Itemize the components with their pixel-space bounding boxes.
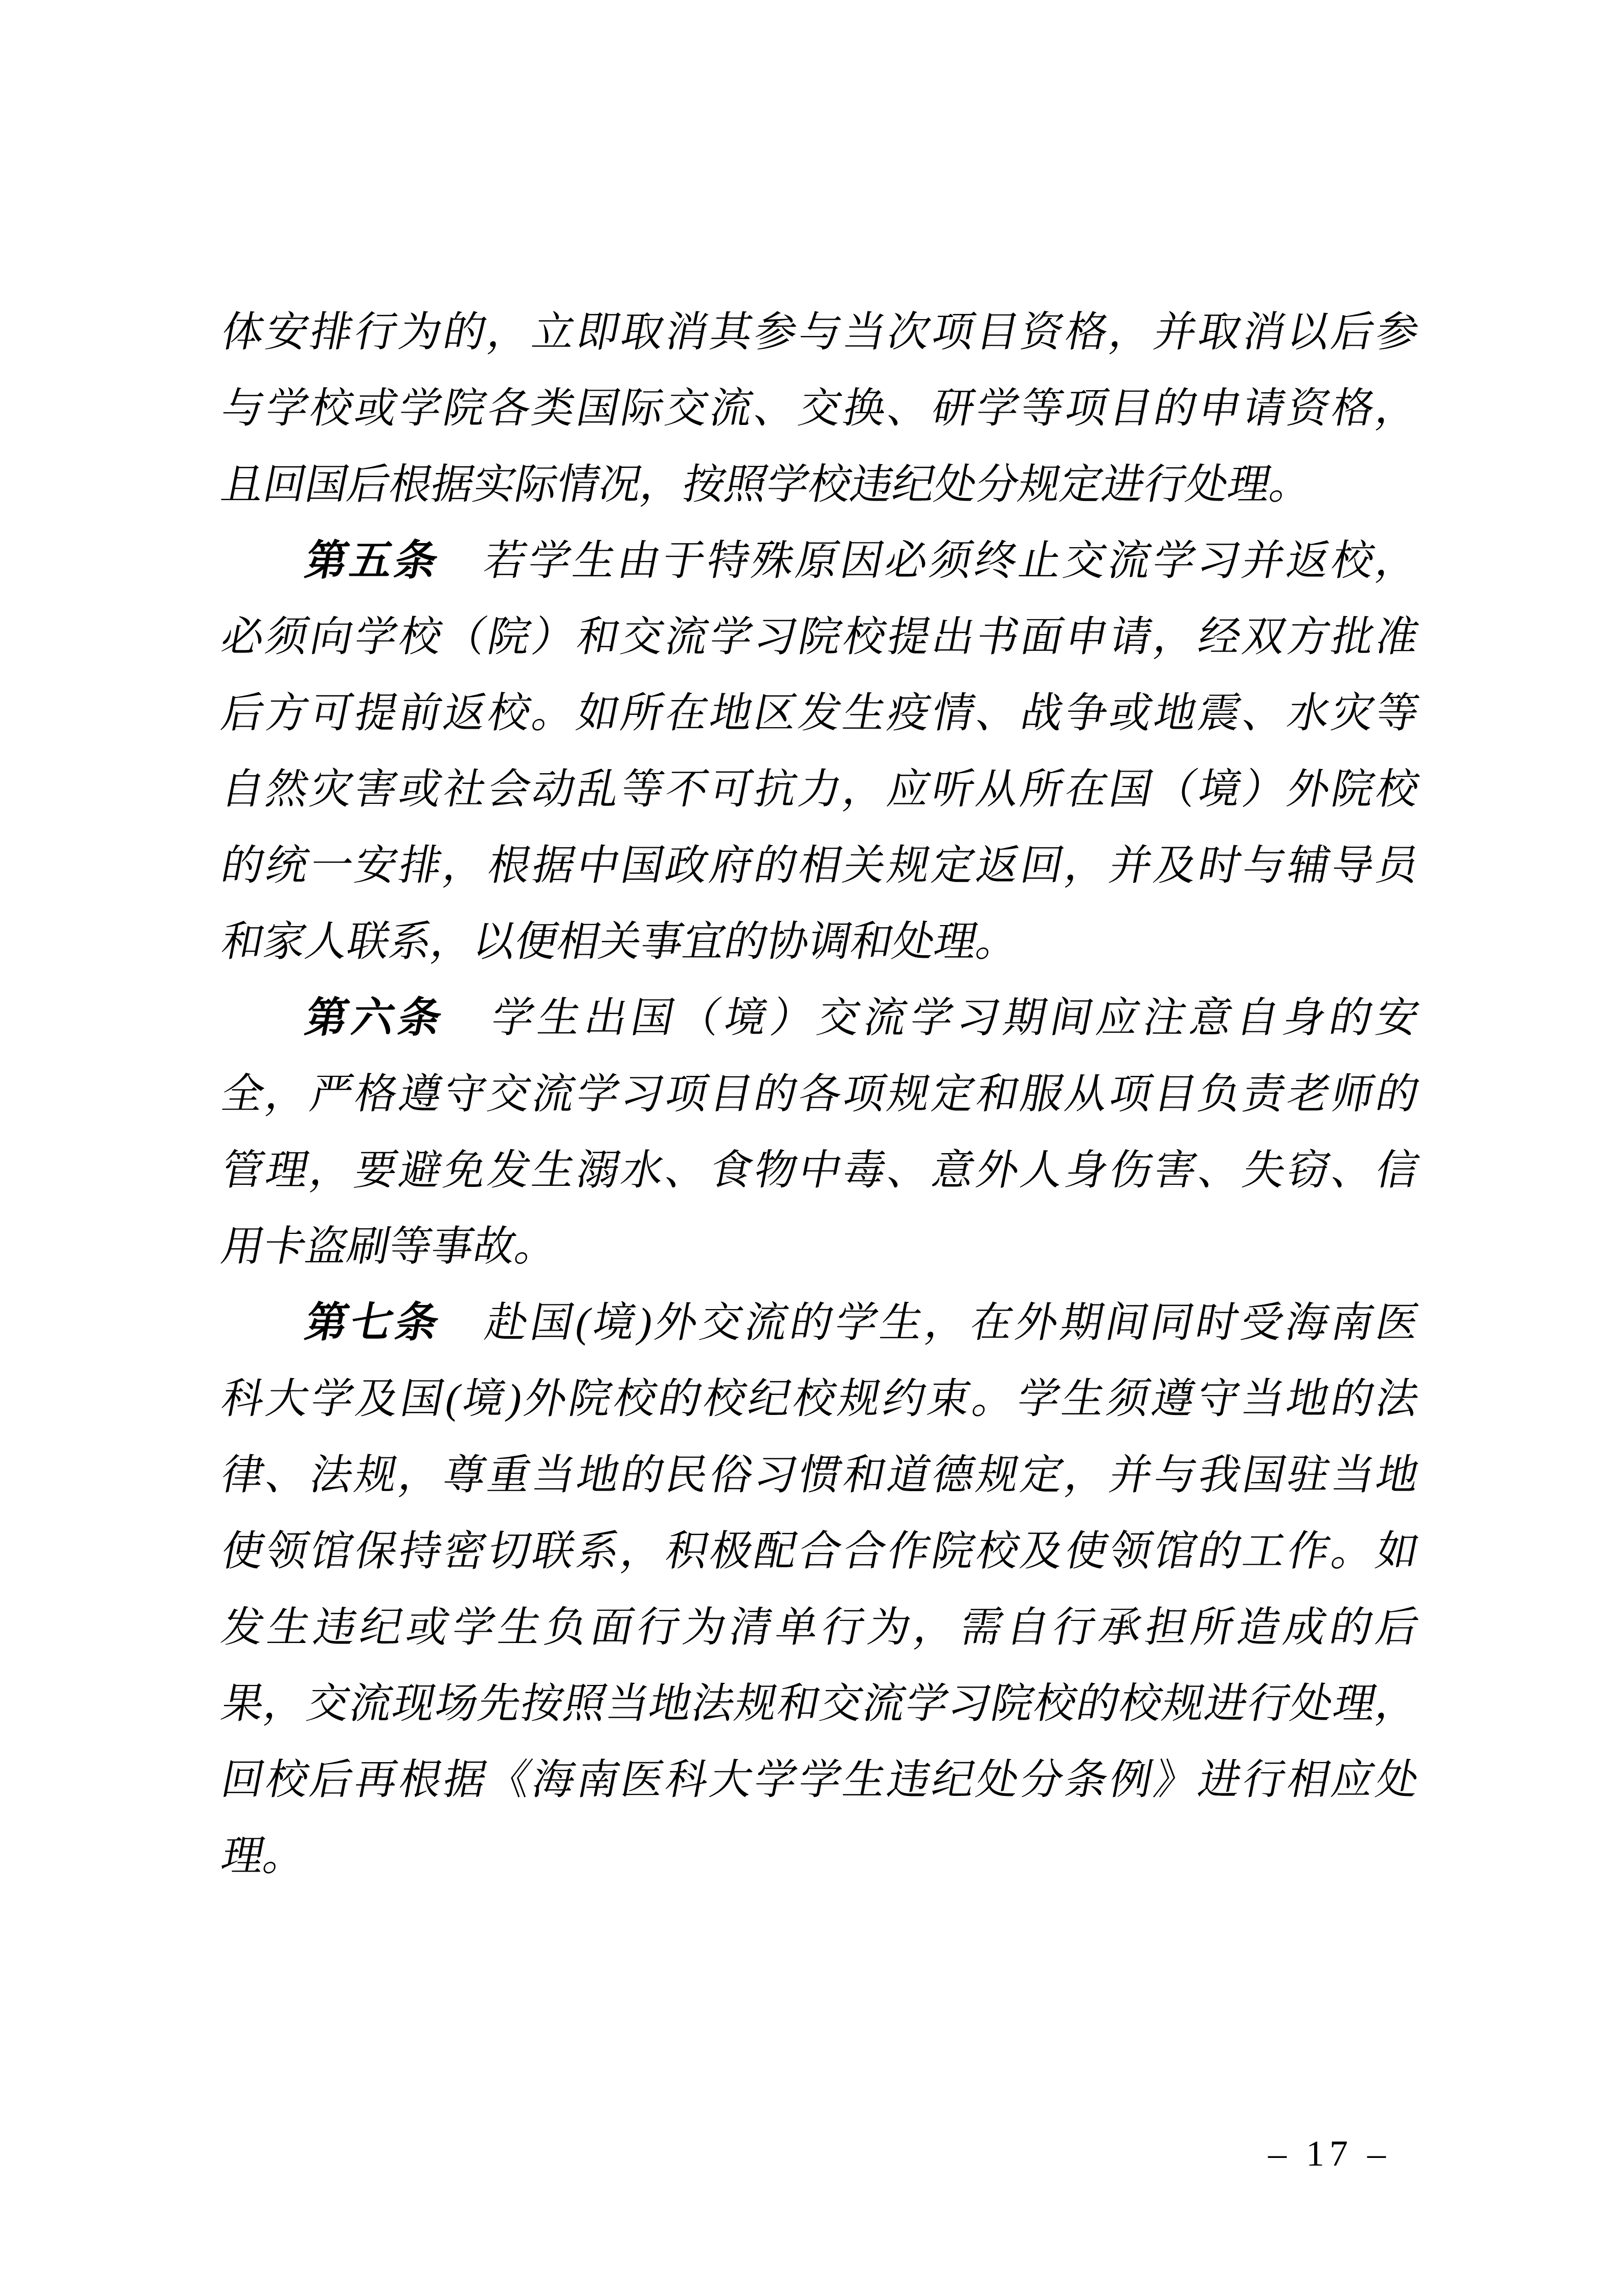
text-segment: 和家人联系，以便相关事宜的协调和处理。 [218,918,1024,965]
text-segment: 使领馆保持密切联系，积极配合合作院校及使领馆的工作。如 [218,1528,1424,1574]
text-segment: 科大学及国(境)外院校的校纪校规约束。学生须遵守当地的法 [218,1376,1424,1422]
text-segment: 自然灾害或社会动乱等不可抗力，应听从所在国（境）外院校 [218,766,1424,813]
text-segment: 与学校或学院各类国际交流、交换、研学等项目的申请资格， [218,385,1424,432]
paragraph: 第七条 赴国(境)外交流的学生，在外期间同时受海南医科大学及国(境)外院校的校纪… [215,1285,1411,1894]
text-line: 使领馆保持密切联系，积极配合合作院校及使领馆的工作。如 [215,1513,1426,1589]
text-line: 第七条 赴国(境)外交流的学生，在外期间同时受海南医 [215,1285,1426,1361]
text-segment: 后方可提前返校。如所在地区发生疫情、战争或地震、水灾等 [218,690,1424,736]
text-line: 律、法规，尊重当地的民俗习惯和道德规定，并与我国驻当地 [215,1437,1426,1513]
text-segment: 果，交流现场先按照当地法规和交流学习院校的校规进行处理， [218,1680,1424,1727]
text-line: 第六条 学生出国（境）交流学习期间应注意自身的安 [215,980,1426,1056]
text-line: 第五条 若学生由于特殊原因必须终止交流学习并返校， [215,523,1426,599]
text-line: 后方可提前返校。如所在地区发生疫情、战争或地震、水灾等 [215,675,1426,751]
text-segment: 且回国后根据实际情况，按照学校违纪处分规定进行处理。 [218,461,1317,508]
text-segment: 律、法规，尊重当地的民俗习惯和道德规定，并与我国驻当地 [218,1452,1424,1498]
text-line: 且回国后根据实际情况，按照学校违纪处分规定进行处理。 [215,446,1426,523]
text-line: 全，严格遵守交流学习项目的各项规定和服从项目负责老师的 [215,1056,1426,1132]
paragraph: 体安排行为的，立即取消其参与当次项目资格，并取消以后参与学校或学院各类国际交流、… [215,294,1411,523]
text-line: 科大学及国(境)外院校的校纪校规约束。学生须遵守当地的法 [215,1361,1426,1437]
text-segment: 发生违纪或学生负面行为清单行为，需自行承担所造成的后 [218,1604,1424,1651]
article-heading: 第五条 [302,537,444,584]
text-line: 和家人联系，以便相关事宜的协调和处理。 [215,904,1426,980]
text-segment: 赴国(境)外交流的学生，在外期间同时受海南医 [437,1299,1423,1346]
text-line: 与学校或学院各类国际交流、交换、研学等项目的申请资格， [215,370,1426,446]
paragraph: 第六条 学生出国（境）交流学习期间应注意自身的安全，严格遵守交流学习项目的各项规… [215,980,1411,1285]
document-page: 体安排行为的，立即取消其参与当次项目资格，并取消以后参与学校或学院各类国际交流、… [0,0,1623,2296]
text-line: 管理，要避免发生溺水、食物中毒、意外人身伤害、失窃、信 [215,1132,1426,1208]
text-line: 必须向学校（院）和交流学习院校提出书面申请，经双方批准 [215,599,1426,675]
page-number: – 17 – [1268,2132,1391,2175]
text-segment: 用卡盗刷等事故。 [218,1223,562,1270]
text-line: 自然灾害或社会动乱等不可抗力，应听从所在国（境）外院校 [215,751,1426,827]
article-heading: 第七条 [302,1299,446,1346]
text-line: 回校后再根据《海南医科大学学生违纪处分条例》进行相应处 [215,1742,1426,1818]
text-line: 理。 [215,1818,1426,1894]
text-line: 体安排行为的，立即取消其参与当次项目资格，并取消以后参 [215,294,1426,370]
text-segment: 全，严格遵守交流学习项目的各项规定和服从项目负责老师的 [218,1071,1424,1117]
text-segment: 的统一安排，根据中国政府的相关规定返回，并及时与辅导员 [218,842,1424,889]
document-body: 体安排行为的，立即取消其参与当次项目资格，并取消以后参与学校或学院各类国际交流、… [215,294,1411,1894]
text-segment: 回校后再根据《海南医科大学学生违纪处分条例》进行相应处 [218,1757,1424,1803]
text-segment: 若学生由于特殊原因必须终止交流学习并返校， [435,537,1423,584]
text-segment: 管理，要避免发生溺水、食物中毒、意外人身伤害、失窃、信 [218,1147,1424,1194]
text-segment: 学生出国（境）交流学习期间应注意自身的安 [441,995,1424,1041]
text-line: 果，交流现场先按照当地法规和交流学习院校的校规进行处理， [215,1665,1426,1742]
text-line: 用卡盗刷等事故。 [215,1208,1426,1285]
article-heading: 第六条 [302,995,450,1041]
text-segment: 必须向学校（院）和交流学习院校提出书面申请，经双方批准 [218,614,1424,660]
text-line: 的统一安排，根据中国政府的相关规定返回，并及时与辅导员 [215,827,1426,904]
paragraph: 第五条 若学生由于特殊原因必须终止交流学习并返校，必须向学校（院）和交流学习院校… [215,523,1411,980]
text-segment: 体安排行为的，立即取消其参与当次项目资格，并取消以后参 [218,309,1424,355]
text-segment: 理。 [218,1833,311,1879]
text-line: 发生违纪或学生负面行为清单行为，需自行承担所造成的后 [215,1589,1426,1665]
